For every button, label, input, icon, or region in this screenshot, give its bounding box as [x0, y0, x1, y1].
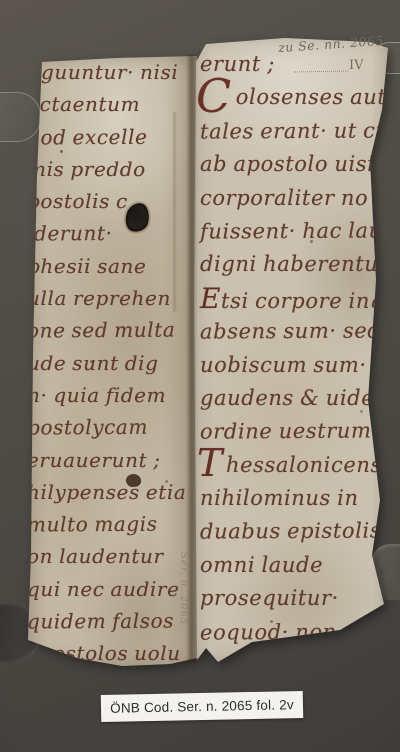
manuscript-line: qui nec audire	[27, 573, 196, 605]
manuscript-line: quidem falsos	[27, 605, 196, 638]
catalog-label-text: ÖNB Cod. Ser. n. 2065 fol. 2v	[110, 697, 294, 716]
manuscript-line: Colosenses autem	[200, 81, 394, 114]
parchment-fragment-right: erunt ;Colosenses autemtales erant· ut c…	[190, 34, 396, 666]
manuscript-line: Etsi corpore inqu	[200, 282, 394, 315]
quire-mark: IV	[349, 58, 364, 73]
manuscript-line: gaudens & uide	[200, 382, 394, 415]
manuscript-line: ab apostolo uisi	[200, 148, 394, 181]
parchment-fragment-left: guuntur· nisioctaentumuod excellemis pre…	[22, 54, 198, 668]
parchment-specks	[60, 150, 63, 153]
manuscript-line: eoquod· non soli	[200, 615, 394, 650]
manuscript-line: uod excelle	[27, 120, 196, 153]
left-column-text: guuntur· nisioctaentumuod excellemis pre…	[27, 56, 196, 668]
parchment-crease	[172, 112, 177, 312]
manuscript-line: omni laude	[200, 549, 394, 582]
manuscript-line: corporaliter no	[200, 182, 394, 215]
manuscript-line: mis preddo	[27, 153, 196, 185]
manuscript-line: duabus epistolis	[200, 515, 394, 550]
manuscript-line: prosequitur·	[200, 582, 394, 615]
manuscript-line: absens sum· sed sp	[200, 315, 394, 350]
manuscript-line: ulla reprehen	[27, 282, 196, 314]
pencil-marginalia-vertical: Ser. n. 2065	[178, 552, 189, 625]
manuscript-line: hilypenses etia	[27, 476, 196, 508]
manuscript-line: postolycam	[27, 411, 196, 444]
manuscript-line: Thessalonicense	[200, 449, 394, 482]
manuscript-line: on laudentur	[27, 540, 196, 572]
parchment-surface-left: guuntur· nisioctaentumuod excellemis pre…	[22, 54, 198, 668]
manuscript-line: digni haberentur	[200, 248, 394, 281]
manuscript-line: ude sunt dig	[27, 347, 196, 379]
manuscript-line: one sed multa	[27, 314, 196, 347]
manuscript-line: octaentum	[27, 88, 196, 120]
manuscript-line: postolis c	[27, 185, 196, 217]
manuscript-line: fuissent· hac lau	[200, 214, 394, 249]
manuscript-line: iderunt·	[27, 217, 196, 250]
parchment-surface-right: erunt ;Colosenses autemtales erant· ut c…	[190, 34, 396, 666]
manuscript-line: apostolos uolu	[27, 637, 196, 668]
manuscript-line: uobiscum sum·	[200, 349, 394, 382]
manuscript-line: tales erant· ut cu	[200, 114, 394, 149]
manuscript-line: eruauerunt ;	[27, 444, 196, 476]
manuscript-line: multo magis	[27, 508, 196, 541]
right-column-text: erunt ;Colosenses autemtales erant· ut c…	[200, 48, 394, 649]
photo-background: guuntur· nisioctaentumuod excellemis pre…	[0, 0, 400, 752]
manuscript-line: n· quia fidem	[27, 379, 196, 411]
manuscript-line: ordine uestrum	[200, 415, 394, 450]
manuscript-line: nihilominus in	[200, 482, 394, 515]
catalog-label: ÖNB Cod. Ser. n. 2065 fol. 2v	[101, 691, 304, 722]
manuscript-line: phesii sane	[27, 250, 196, 282]
manuscript-line: guuntur· nisi	[27, 56, 196, 88]
